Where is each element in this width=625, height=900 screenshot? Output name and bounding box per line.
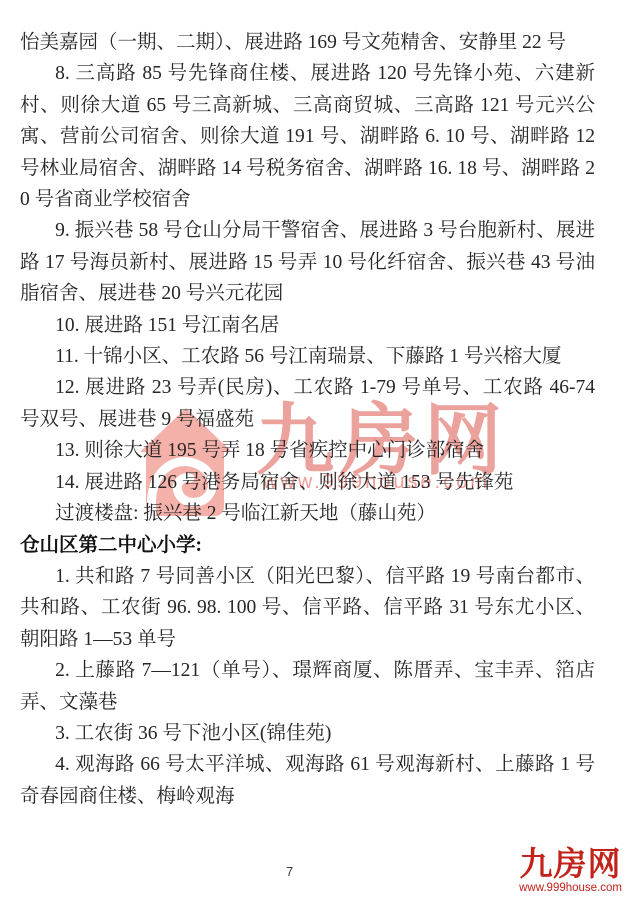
paragraph: 2. 上藤路 7—121（单号）、璟辉商厦、陈厝弄、宝丰弄、箔店弄、文藻巷 — [20, 655, 595, 718]
document-content: 怡美嘉园（一期、二期）、展进路 169 号文苑精舍、安静里 22 号8. 三高路… — [20, 27, 595, 812]
paragraph: 4. 观海路 66 号太平洋城、观海路 61 号观海新村、上藤路 1 号奇春园商… — [20, 749, 595, 812]
document-page: 九房网 www.999house.com 怡美嘉园（一期、二期）、展进路 169… — [0, 0, 625, 900]
site-logo-brand: 九房网 — [519, 846, 622, 882]
paragraph: 过渡楼盘: 振兴巷 2 号临江新天地（藤山苑） — [20, 498, 595, 529]
paragraph: 10. 展进路 151 号江南名居 — [20, 310, 595, 341]
paragraph: 1. 共和路 7 号同善小区（阳光巴黎）、信平路 19 号南台都市、共和路、工农… — [20, 561, 595, 655]
paragraph: 13. 则徐大道 195 号弄 18 号省疾控中心门诊部宿舍 — [20, 435, 595, 466]
section-heading: 仓山区第二中心小学: — [20, 530, 595, 561]
paragraph: 12. 展进路 23 号弄(民房)、工农路 1-79 号单号、工农路 46-74… — [20, 372, 595, 435]
page-number: 7 — [286, 864, 293, 879]
paragraph: 怡美嘉园（一期、二期）、展进路 169 号文苑精舍、安静里 22 号 — [20, 27, 595, 58]
site-logo-url: www.999house.com — [519, 882, 622, 894]
paragraph: 14. 展进路 126 号港务局宿舍、则徐大道 153 号先锋苑 — [20, 467, 595, 498]
paragraph: 3. 工农街 36 号下池小区(锦佳苑) — [20, 718, 595, 749]
paragraph: 11. 十锦小区、工农路 56 号江南瑞景、下藤路 1 号兴榕大厦 — [20, 341, 595, 372]
paragraph: 9. 振兴巷 58 号仓山分局干警宿舍、展进路 3 号台胞新村、展进路 17 号… — [20, 215, 595, 309]
site-logo: 九房网 www.999house.com — [519, 846, 622, 894]
paragraph: 8. 三高路 85 号先锋商住楼、展进路 120 号先锋小苑、六建新村、则徐大道… — [20, 58, 595, 215]
